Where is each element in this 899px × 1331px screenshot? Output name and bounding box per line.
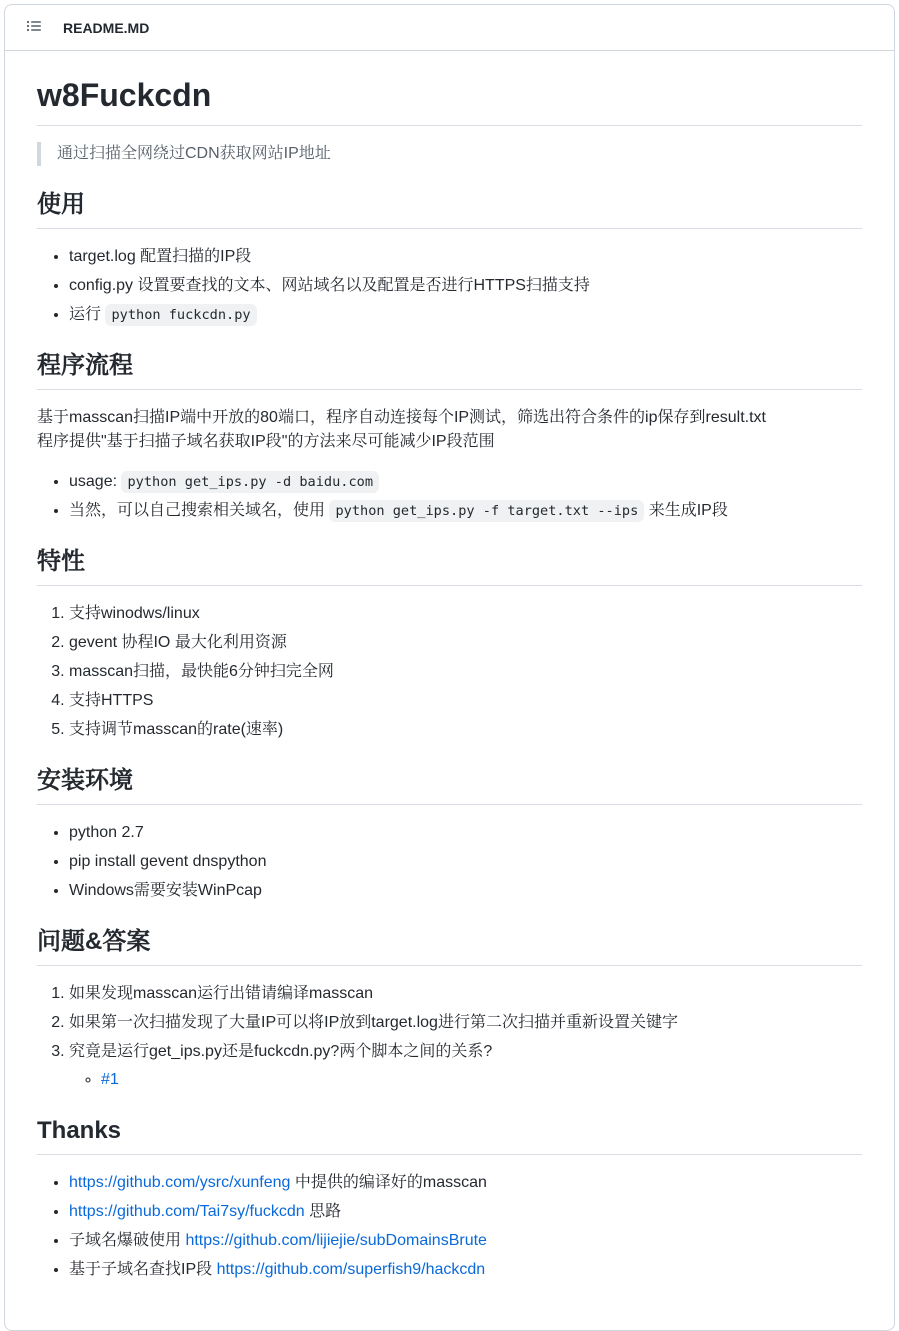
inline-code: python get_ips.py -d baidu.com — [121, 471, 379, 493]
readme-header: README.MD — [5, 5, 894, 51]
features-list: 支持winodws/linux gevent 协程IO 最大化利用资源 mass… — [37, 602, 862, 742]
issue-link[interactable]: #1 — [101, 1071, 119, 1088]
list-item: 子域名爆破使用 https://github.com/lijiejie/subD… — [69, 1229, 862, 1253]
list-item-text: 运行 — [69, 306, 105, 323]
description-text: 通过扫描全网绕过CDN获取网站IP地址 — [57, 145, 331, 162]
flow-paragraph: 基于masscan扫描IP端中开放的80端口，程序自动连接每个IP测试，筛选出符… — [37, 406, 862, 454]
list-item-text: 当然，可以自己搜索相关域名，使用 — [69, 502, 329, 519]
list-item: 支持HTTPS — [69, 689, 862, 713]
flow-paragraph-line1: 基于masscan扫描IP端中开放的80端口，程序自动连接每个IP测试，筛选出符… — [37, 409, 766, 426]
list-item: 当然，可以自己搜索相关域名，使用 python get_ips.py -f ta… — [69, 499, 862, 523]
external-link[interactable]: https://github.com/Tai7sy/fuckcdn — [69, 1203, 305, 1220]
list-item: config.py 设置要查找的文本、网站域名以及配置是否进行HTTPS扫描支持 — [69, 274, 862, 298]
heading-environment: 安装环境 — [37, 766, 862, 805]
inline-code: python get_ips.py -f target.txt --ips — [329, 500, 644, 522]
environment-list: python 2.7 pip install gevent dnspython … — [37, 821, 862, 903]
list-unordered-icon — [26, 18, 42, 37]
external-link[interactable]: https://github.com/superfish9/hackcdn — [217, 1261, 486, 1278]
list-item: 支持winodws/linux — [69, 602, 862, 626]
list-item: 如果发现masscan运行出错请编译masscan — [69, 982, 862, 1006]
external-link[interactable]: https://github.com/ysrc/xunfeng — [69, 1174, 290, 1191]
heading-usage: 使用 — [37, 190, 862, 229]
usage-list: target.log 配置扫描的IP段 config.py 设置要查找的文本、网… — [37, 245, 862, 327]
description-blockquote: 通过扫描全网绕过CDN获取网站IP地址 — [37, 142, 862, 166]
list-item-text: 中提供的编译好的masscan — [290, 1174, 486, 1191]
qa-list: 如果发现masscan运行出错请编译masscan 如果第一次扫描发现了大量IP… — [37, 982, 862, 1092]
list-item-text: 思路 — [305, 1203, 341, 1220]
list-item: masscan扫描，最快能6分钟扫完全网 — [69, 660, 862, 684]
list-item: Windows需要安装WinPcap — [69, 879, 862, 903]
list-item-text: 基于子域名查找IP段 — [69, 1261, 217, 1278]
inline-code: python fuckcdn.py — [105, 304, 256, 326]
list-item: 基于子域名查找IP段 https://github.com/superfish9… — [69, 1258, 862, 1282]
readme-card: README.MD w8Fuckcdn 通过扫描全网绕过CDN获取网站IP地址 … — [4, 4, 895, 1331]
heading-qa: 问题&答案 — [37, 927, 862, 966]
list-item: gevent 协程IO 最大化利用资源 — [69, 631, 862, 655]
list-item: #1 — [101, 1068, 862, 1092]
list-item-text: 来生成IP段 — [644, 502, 728, 519]
flow-paragraph-line2: 程序提供"基于扫描子域名获取IP段"的方法来尽可能减少IP段范围 — [37, 433, 495, 450]
list-item: https://github.com/ysrc/xunfeng 中提供的编译好的… — [69, 1171, 862, 1195]
list-item-text: 子域名爆破使用 — [69, 1232, 185, 1249]
thanks-list: https://github.com/ysrc/xunfeng 中提供的编译好的… — [37, 1171, 862, 1282]
list-item: python 2.7 — [69, 821, 862, 845]
list-item: 究竟是运行get_ips.py还是fuckcdn.py?两个脚本之间的关系? #… — [69, 1040, 862, 1092]
external-link[interactable]: https://github.com/lijiejie/subDomainsBr… — [185, 1232, 486, 1249]
markdown-body: w8Fuckcdn 通过扫描全网绕过CDN获取网站IP地址 使用 target.… — [5, 51, 894, 1330]
heading-features: 特性 — [37, 547, 862, 586]
list-item: 支持调节masscan的rate(速率) — [69, 718, 862, 742]
qa-sublist: #1 — [69, 1068, 862, 1092]
readme-filename: README.MD — [63, 20, 149, 36]
list-item: usage: python get_ips.py -d baidu.com — [69, 470, 862, 494]
heading-flow: 程序流程 — [37, 351, 862, 390]
list-item-text: 究竟是运行get_ips.py还是fuckcdn.py?两个脚本之间的关系? — [69, 1043, 492, 1060]
list-item: 如果第一次扫描发现了大量IP可以将IP放到target.log进行第二次扫描并重… — [69, 1011, 862, 1035]
heading-thanks: Thanks — [37, 1116, 862, 1155]
list-item: https://github.com/Tai7sy/fuckcdn 思路 — [69, 1200, 862, 1224]
list-item: pip install gevent dnspython — [69, 850, 862, 874]
flow-list: usage: python get_ips.py -d baidu.com 当然… — [37, 470, 862, 523]
list-item-text: usage: — [69, 473, 121, 490]
list-item: target.log 配置扫描的IP段 — [69, 245, 862, 269]
list-item: 运行 python fuckcdn.py — [69, 303, 862, 327]
page-title: w8Fuckcdn — [37, 75, 862, 126]
table-of-contents-button[interactable] — [21, 15, 47, 41]
